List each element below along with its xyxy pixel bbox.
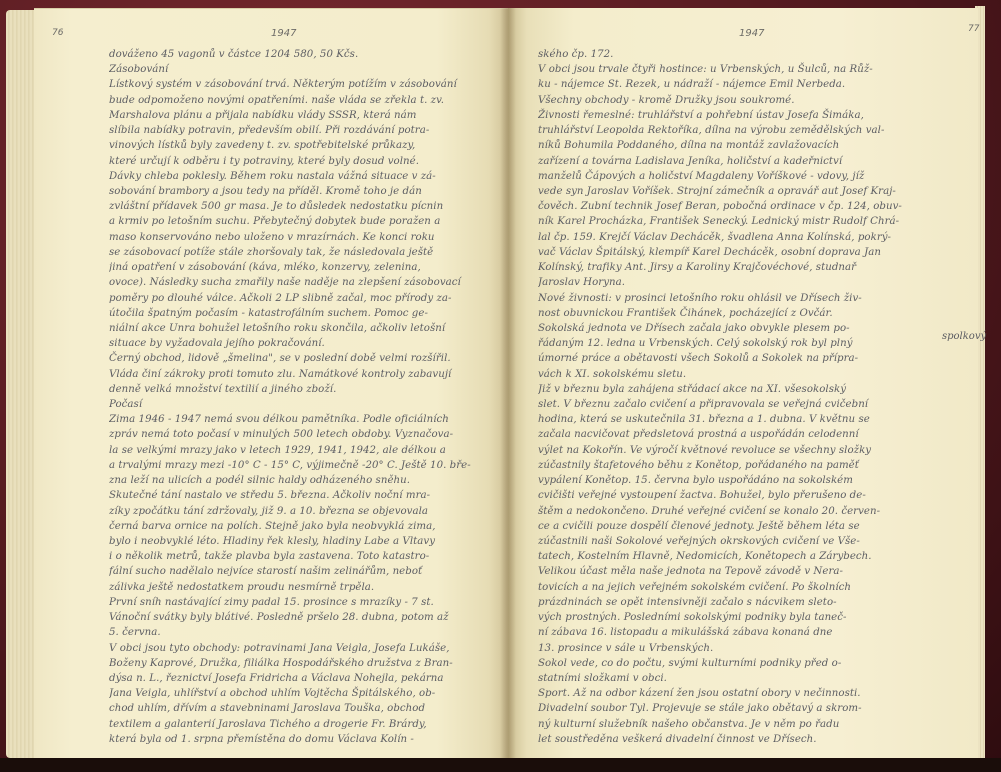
handwritten-line: jiná opatření v zásobování (káva, mléko,… xyxy=(109,260,499,275)
handwritten-line: 5. června. xyxy=(109,625,499,640)
handwritten-line: niální akce Unra bohužel letošního roku … xyxy=(109,321,499,336)
handwritten-line: lal čp. 159. Krejčí Václav Dechácěk, šva… xyxy=(538,230,958,245)
handwritten-line: vých prostných. Posledními sokolskými po… xyxy=(538,610,958,625)
handwritten-line: Sokol vede, co do počtu, svými kulturním… xyxy=(538,656,958,671)
handwritten-line: poměry po dlouhé válce. Ačkoli 2 LP slib… xyxy=(109,291,499,306)
handwritten-line: prázdninách se opět intensivněji začalo … xyxy=(538,595,958,610)
page-number-right: 77 xyxy=(968,24,979,34)
handwritten-line: Lístkový systém v zásobování trvá. Někte… xyxy=(109,77,499,92)
handwritten-line: manželů Čápových a holičství Magdaleny V… xyxy=(538,169,958,184)
handwritten-line: ník Karel Procházka, František Senecký. … xyxy=(538,214,958,229)
handwritten-line: vač Václav Špitálský, klempíř Karel Dech… xyxy=(538,245,958,260)
handwritten-line: Dávky chleba poklesly. Během roku nastal… xyxy=(109,169,499,184)
handwritten-line: zvláštní přídavek 500 gr masa. Je to důs… xyxy=(109,199,499,214)
handwritten-line: Zima 1946 - 1947 nemá svou délkou pamětn… xyxy=(109,412,499,427)
handwritten-line: let soustředěna veškerá divadelní činnos… xyxy=(538,732,958,747)
right-page-text: ského čp. 172.V obci jsou trvale čtyři h… xyxy=(538,47,958,747)
handwritten-line: sobování brambory a jsou tedy na příděl.… xyxy=(109,184,499,199)
left-page-text: dováženo 45 vagonů v částce 1204 580, 50… xyxy=(109,47,499,747)
handwritten-line: Vánoční svátky byly blátivé. Posledně pr… xyxy=(109,610,499,625)
handwritten-line: 13. prosince v sále u Vrbenských. xyxy=(538,641,958,656)
handwritten-line: ovoce). Následky sucha zmařily naše nadě… xyxy=(109,275,499,290)
handwritten-line: útočila špatným počasím - katastrofálním… xyxy=(109,306,499,321)
handwritten-line: hodina, která se uskutečnila 31. března … xyxy=(538,412,958,427)
handwritten-line: dováženo 45 vagonů v částce 1204 580, 50… xyxy=(109,47,499,62)
book-gutter xyxy=(500,8,516,758)
handwritten-line: bylo i neobvyklé léto. Hladiny řek klesl… xyxy=(109,534,499,549)
handwritten-line: textilem a galanterií Jaroslava Tichého … xyxy=(109,717,499,732)
handwritten-line: bude odpomoženo novými opatřeními. naše … xyxy=(109,93,499,108)
handwritten-line: černá barva ornice na polích. Stejně jak… xyxy=(109,519,499,534)
handwritten-line: denně velká množství textilií a jiného z… xyxy=(109,382,499,397)
handwritten-line: Skutečné tání nastalo ve středu 5. březn… xyxy=(109,488,499,503)
handwritten-line: truhlářství Leopolda Rektoříka, dílna na… xyxy=(538,123,958,138)
page-edges-left xyxy=(6,10,36,758)
handwritten-line: situace by vyžadovala jejího pokračování… xyxy=(109,336,499,351)
handwritten-line: vede syn Jaroslav Voříšek. Strojní zámeč… xyxy=(538,184,958,199)
handwritten-line: Divadelní soubor Tyl. Projevuje se stále… xyxy=(538,701,958,716)
margin-note: spolkový xyxy=(942,331,986,342)
handwritten-line: úmorné práce a obětavosti všech Sokolů a… xyxy=(538,351,958,366)
handwritten-line: Velikou účast měla naše jednota na Tepov… xyxy=(538,564,958,579)
handwritten-line: Marshalova plánu a přijala nabídku vlády… xyxy=(109,108,499,123)
handwritten-line: ní zábava 16. listopadu a mikulášská záb… xyxy=(538,625,958,640)
handwritten-line: a krmiv po letošním suchu. Přebytečný do… xyxy=(109,214,499,229)
handwritten-line: Všechny obchody - kromě Družky jsou souk… xyxy=(538,93,958,108)
handwritten-line: ského čp. 172. xyxy=(538,47,958,62)
handwritten-line: zúčastnily štafetového běhu z Konětop, p… xyxy=(538,458,958,473)
handwritten-line: která byla od 1. srpna přemístěna do dom… xyxy=(109,732,499,747)
handwritten-line: vypálení Konětop. 15. června bylo uspořá… xyxy=(538,473,958,488)
handwritten-line: nost obuvnickou František Čihánek, pochá… xyxy=(538,306,958,321)
handwritten-line: Již v březnu byla zahájena střádací akce… xyxy=(538,382,958,397)
handwritten-line: ku - nájemce St. Rezek, u nádraží - náje… xyxy=(538,77,958,92)
handwritten-line: Černý obchod, lidově „šmelina", se v pos… xyxy=(109,351,499,366)
handwritten-line: Vláda činí zákroky proti tomuto zlu. Nam… xyxy=(109,367,499,382)
handwritten-line: vinových lístků byly zavedeny t. zv. spo… xyxy=(109,138,499,153)
handwritten-line: Boženy Kaprové, Družka, filiálka Hospodá… xyxy=(109,656,499,671)
handwritten-line: Sport. Až na odbor kázení žen jsou ostat… xyxy=(538,686,958,701)
handwritten-line: zúčastnili naši Sokolové veřejných okrsk… xyxy=(538,534,958,549)
handwritten-line: Jana Veigla, uhlířství a obchod uhlím Vo… xyxy=(109,686,499,701)
handwritten-line: Kolínský, trafiky Ant. Jirsy a Karoliny … xyxy=(538,260,958,275)
handwritten-line: V obci jsou trvale čtyři hostince: u Vrb… xyxy=(538,62,958,77)
handwritten-line: Sokolská jednota ve Dřísech začala jako … xyxy=(538,321,958,336)
handwritten-line: řádaným 12. ledna u Vrbenských. Celý sok… xyxy=(538,336,958,351)
page-year-left: 1947 xyxy=(271,28,296,39)
handwritten-line: První sníh nastávající zimy padal 15. pr… xyxy=(109,595,499,610)
handwritten-line: tatech, Kostelním Hlavně, Nedomicích, Ko… xyxy=(538,549,958,564)
handwritten-line: ce a cvičili pouze dospělí členové jedno… xyxy=(538,519,958,534)
handwritten-line: výlet na Kokořín. Ve výročí květnové rev… xyxy=(538,443,958,458)
handwritten-line: a trvalými mrazy mezi -10° C - 15° C, vý… xyxy=(109,458,499,473)
handwritten-line: i o několik metrů, takže plavba byla zas… xyxy=(109,549,499,564)
table-shadow xyxy=(0,758,1001,772)
handwritten-line: zíky zpočátku tání zdržovaly, již 9. a 1… xyxy=(109,504,499,519)
handwritten-line: slíbila nabídky potravin, především obil… xyxy=(109,123,499,138)
handwritten-line: statními složkami v obci. xyxy=(538,671,958,686)
handwritten-line: níků Bohumila Poddaného, dílna na montáž… xyxy=(538,138,958,153)
handwritten-line: Počasí xyxy=(109,397,499,412)
handwritten-line: Jaroslav Horyna. xyxy=(538,275,958,290)
handwritten-line: čověch. Zubní technik Josef Beran, poboč… xyxy=(538,199,958,214)
handwritten-line: zpráv nemá toto počasí v minulých 500 le… xyxy=(109,427,499,442)
handwritten-line: tovicích a na jejich veřejném sokolském … xyxy=(538,580,958,595)
handwritten-line: zna leží na ulicích a podél silnic haldy… xyxy=(109,473,499,488)
handwritten-line: fální sucho nadělalo nejvíce starostí na… xyxy=(109,564,499,579)
handwritten-line: Nové živnosti: v prosinci letošního roku… xyxy=(538,291,958,306)
handwritten-line: dýsa n. L., řeznictví Josefa Fridricha a… xyxy=(109,671,499,686)
handwritten-line: V obci jsou tyto obchody: potravinami Ja… xyxy=(109,641,499,656)
handwritten-line: ný kulturní služebník našeho občanstva. … xyxy=(538,717,958,732)
page-number-left: 76 xyxy=(52,28,63,38)
handwritten-line: maso konservováno nebo uloženo v mrazírn… xyxy=(109,230,499,245)
handwritten-line: které určují k odběru i ty potraviny, kt… xyxy=(109,154,499,169)
handwritten-line: zálivka ještě nedostatkem proudu nesmírn… xyxy=(109,580,499,595)
handwritten-line: Živnosti řemeslné: truhlářství a pohřebn… xyxy=(538,108,958,123)
handwritten-line: se zásobovací potíže stále zhoršovaly ta… xyxy=(109,245,499,260)
handwritten-line: cvičišti veřejné vystoupení žactva. Bohu… xyxy=(538,488,958,503)
handwritten-line: slet. V březnu začalo cvičení a připravo… xyxy=(538,397,958,412)
handwritten-line: la se velkými mrazy jako v letech 1929, … xyxy=(109,443,499,458)
handwritten-line: štěm a nedokončeno. Druhé veřejné cvičen… xyxy=(538,504,958,519)
page-year-right: 1947 xyxy=(739,28,764,39)
handwritten-line: zařízení a továrna Ladislava Jeníka, hol… xyxy=(538,154,958,169)
handwritten-line: Zásobování xyxy=(109,62,499,77)
handwritten-line: začala nacvičovat předsletová prostná a … xyxy=(538,427,958,442)
handwritten-line: chod uhlím, dřívím a stavebninami Jarosl… xyxy=(109,701,499,716)
handwritten-line: vách k XI. sokolskému sletu. xyxy=(538,367,958,382)
